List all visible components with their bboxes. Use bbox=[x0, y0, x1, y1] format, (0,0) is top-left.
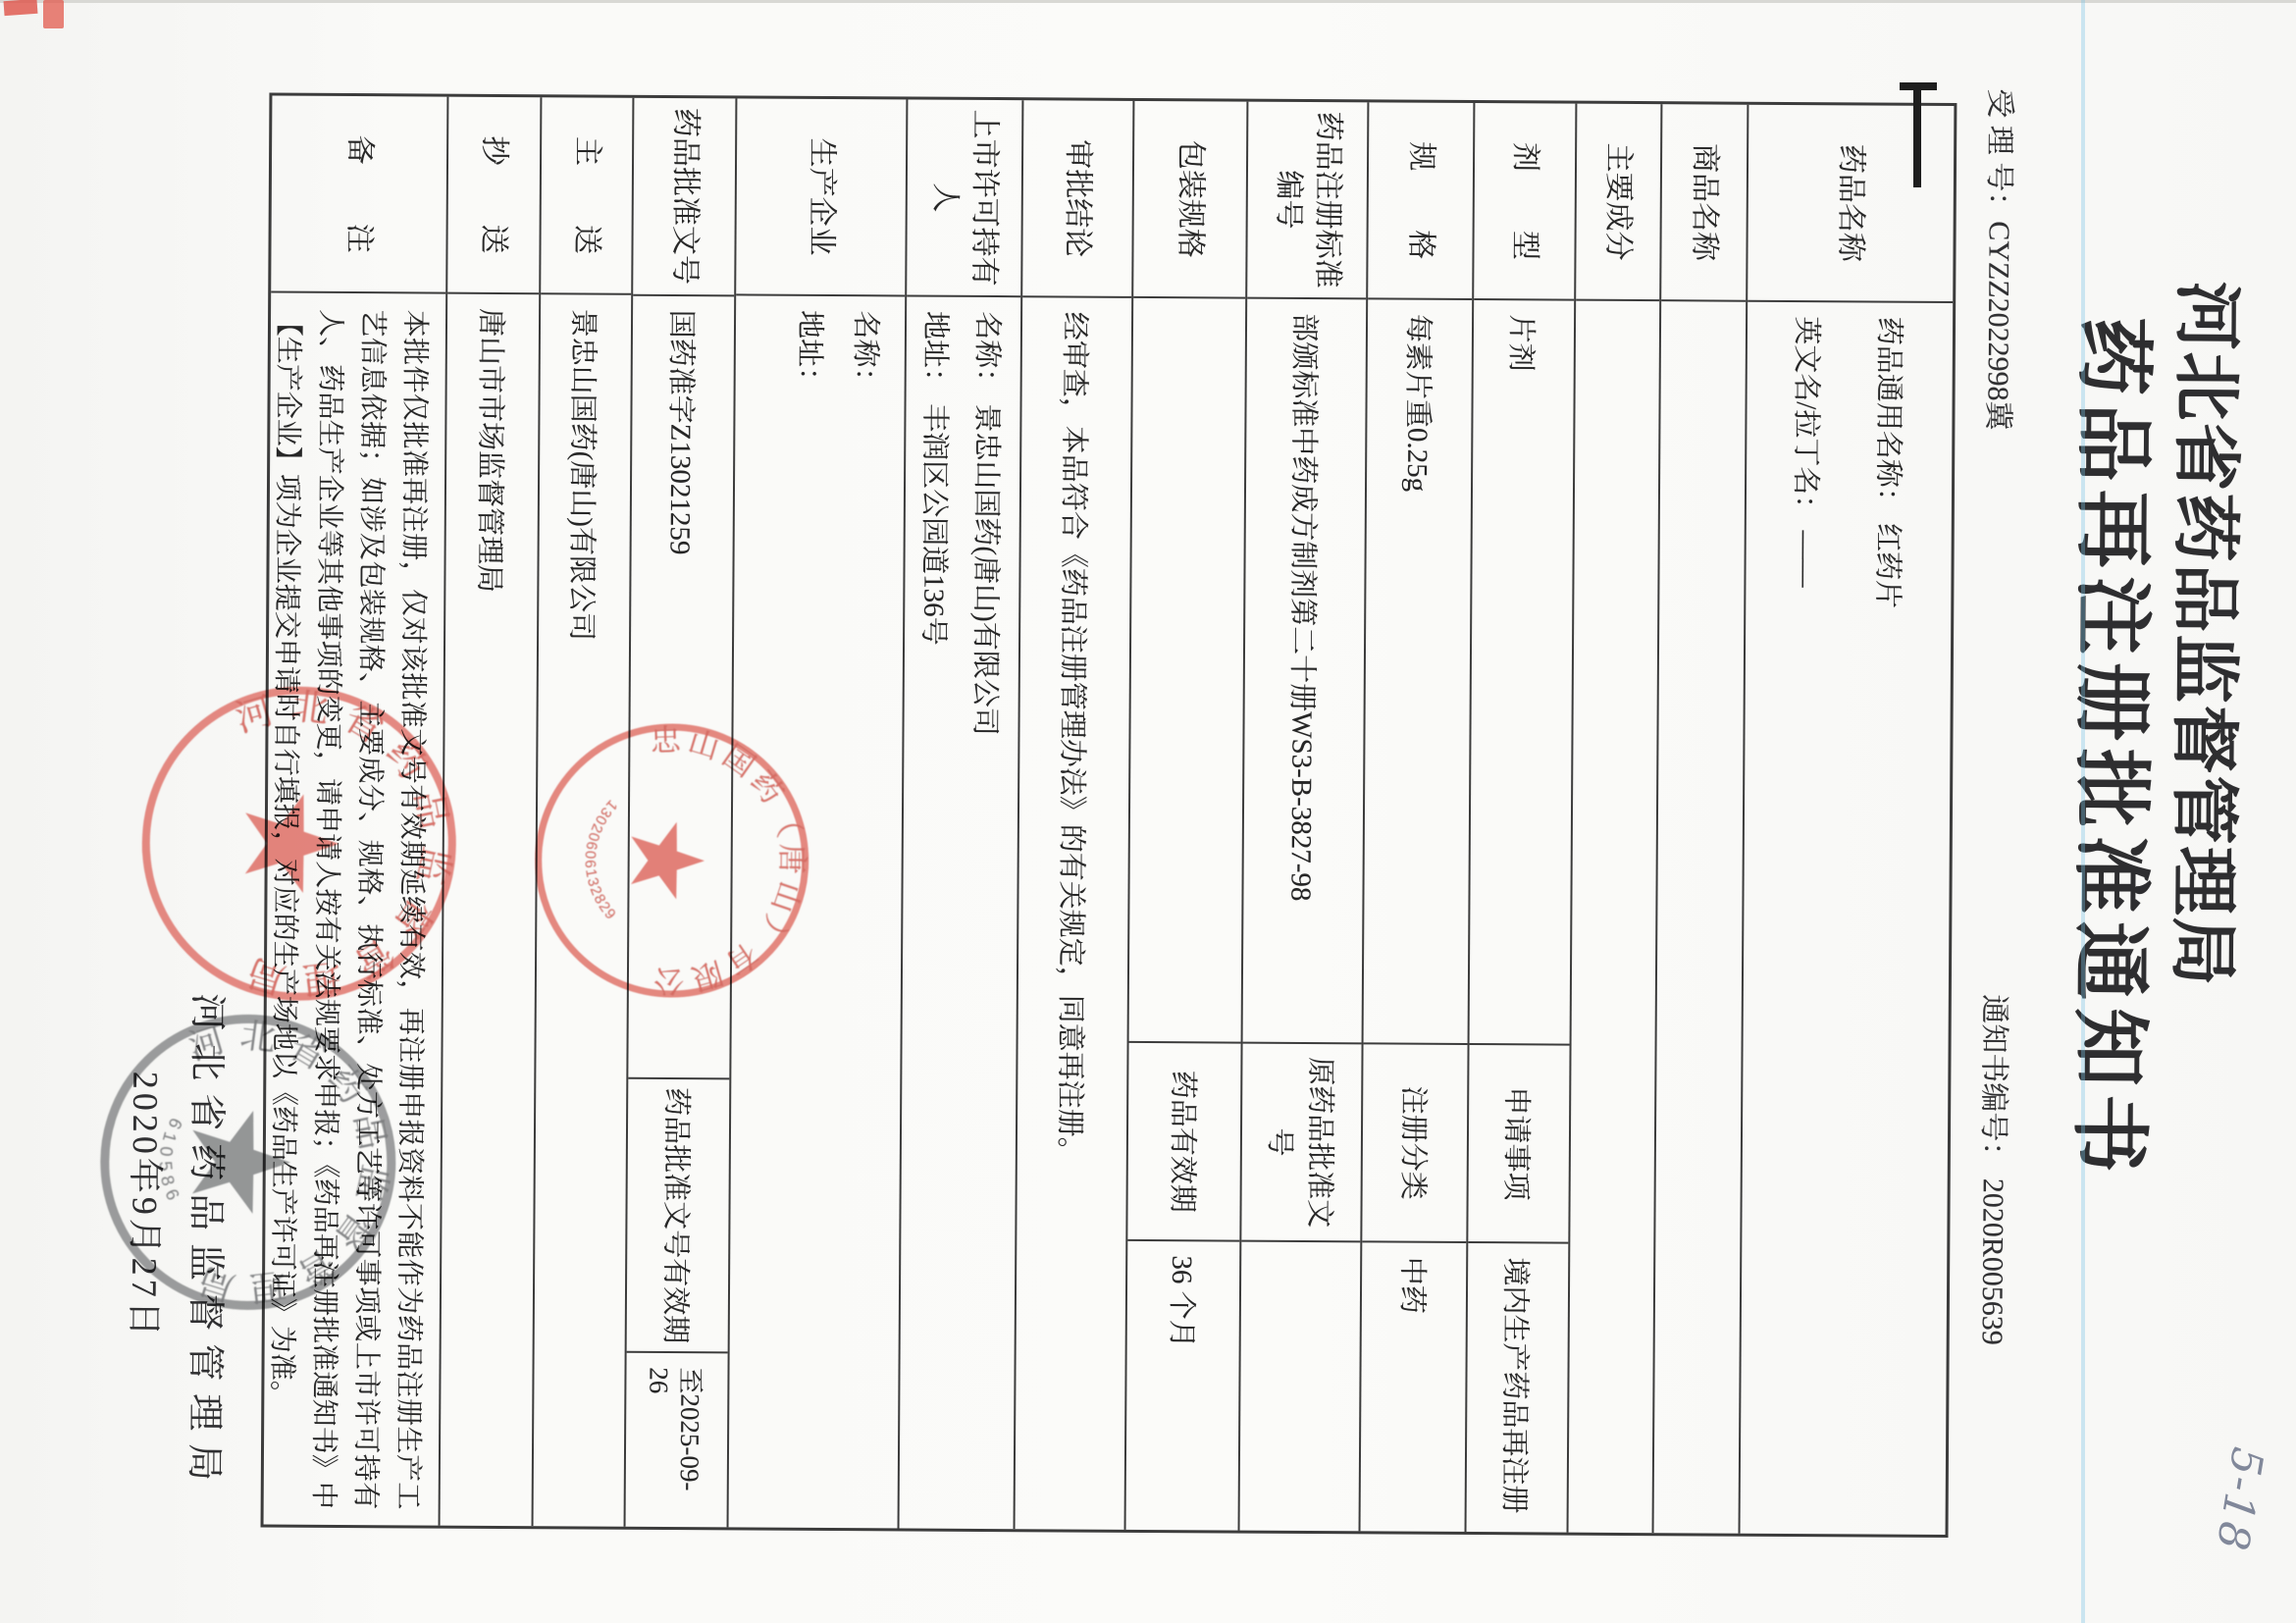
handwritten-page-note: 5-18 bbox=[2206, 1443, 2272, 1555]
notice-title: 药品再注册批准通知书 bbox=[2060, 292, 2178, 1206]
red-edge-mark-2 bbox=[43, 0, 64, 28]
cc-label: 抄 送 bbox=[447, 97, 540, 293]
dosage-form-value: 片剂 bbox=[1469, 298, 1573, 1043]
row-package-spec: 包装规格 药品有效期 36 个月 bbox=[1126, 101, 1248, 1531]
row-drug-name: 药品名称 药品通用名称： 红药片 英文名/拉丁名： —— bbox=[1740, 105, 1954, 1535]
standard-no-value: 部颁标准中药成方制剂第二十册WS3-B-3827-98 bbox=[1242, 297, 1366, 1043]
main-ingredients-label: 主要成分 bbox=[1576, 104, 1661, 300]
drug-english-name: 英文名/拉丁名： —— bbox=[1788, 316, 1830, 588]
original-approval-no-value bbox=[1239, 1240, 1360, 1532]
manufacturer-label: 生产企业 bbox=[736, 98, 907, 294]
main-ingredients-value bbox=[1568, 299, 1659, 1533]
authority-seal-text: 河北省药品监督管理局 bbox=[229, 685, 457, 1002]
row-dosage-form: 剂 型 片剂 申请事项 境内生产药品再注册 bbox=[1466, 103, 1576, 1533]
registration-class-value: 中药 bbox=[1361, 1241, 1466, 1532]
approval-no-label: 药品批准文号 bbox=[633, 98, 735, 294]
approval-table: 药品名称 药品通用名称： 红药片 英文名/拉丁名： —— 商品名称 主要成分 剂… bbox=[261, 93, 1957, 1538]
trade-name-value bbox=[1654, 299, 1746, 1533]
acceptance-number: 受 理 号：CYZZ2022998冀 bbox=[1979, 88, 2024, 431]
black-seal: 河北省药品监督管理局 610586 bbox=[90, 1004, 406, 1320]
drug-name-value: 药品通用名称： 红药片 英文名/拉丁名： —— bbox=[1740, 300, 1953, 1535]
black-corner-mark bbox=[1913, 82, 1921, 187]
row-approval-conclusion: 审批结论 经审查，本品符合《药品注册管理办法》的有关规定，同意再注册。 bbox=[1015, 100, 1134, 1530]
document: 河北省药品监督管理局 药品再注册批准通知书 受 理 号：CYZZ2022998冀… bbox=[0, 0, 2296, 1623]
authority-seal-star-icon bbox=[245, 794, 339, 893]
authority-red-seal: 河北省药品监督管理局 bbox=[131, 676, 467, 1012]
validity-period-label: 药品有效期 bbox=[1128, 1041, 1241, 1240]
package-spec-value bbox=[1129, 296, 1245, 1041]
company-seal-star-icon bbox=[631, 821, 704, 899]
dosage-form-label: 剂 型 bbox=[1474, 103, 1575, 299]
standard-no-label: 药品注册标准编号 bbox=[1247, 102, 1368, 298]
acceptance-number-value: CYZZ2022998冀 bbox=[1981, 221, 2014, 431]
mah-name: 名称： 景忠山国药(唐山)有限公司 bbox=[966, 311, 1010, 736]
notice-number-label: 通知书编号： bbox=[1977, 994, 2010, 1171]
specification-label: 规 格 bbox=[1369, 102, 1474, 298]
registration-class-label: 注册分类 bbox=[1363, 1042, 1468, 1241]
trade-name-label: 商品名称 bbox=[1661, 104, 1747, 300]
manufacturer-name: 名称： bbox=[848, 310, 889, 395]
notice-number: 通知书编号： 2020R005639 bbox=[1974, 994, 2019, 1345]
row-standard-no: 药品注册标准编号 部颁标准中药成方制剂第二十册WS3-B-3827-98 原药品… bbox=[1239, 102, 1369, 1532]
validity-period-value: 36 个月 bbox=[1126, 1239, 1239, 1531]
application-item-label: 申请事项 bbox=[1468, 1043, 1569, 1242]
approval-no-validity-value: 至2025-09-26 bbox=[626, 1351, 728, 1527]
approval-conclusion-label: 审批结论 bbox=[1022, 100, 1133, 296]
original-approval-no-label: 原药品批准文号 bbox=[1241, 1042, 1362, 1241]
row-specification: 规 格 每素片重0.25g 注册分类 中药 bbox=[1361, 102, 1475, 1532]
mah-label: 上市许可持有人 bbox=[907, 99, 1021, 295]
black-corner-mark-cap bbox=[1900, 82, 1937, 90]
manufacturer-address: 地址： bbox=[791, 310, 832, 395]
application-item-value: 境内生产药品再注册 bbox=[1466, 1241, 1567, 1532]
approval-conclusion-value: 经审查，本品符合《药品注册管理办法》的有关规定，同意再注册。 bbox=[1015, 295, 1131, 1529]
notice-number-value: 2020R005639 bbox=[1976, 1178, 2009, 1345]
row-mah: 上市许可持有人 名称： 景忠山国药(唐山)有限公司 地址： 丰润区公园道136号 bbox=[900, 99, 1023, 1529]
row-trade-name: 商品名称 bbox=[1654, 104, 1749, 1534]
approval-no-validity-label: 药品批准文号有效期 bbox=[627, 1077, 729, 1352]
acceptance-number-label: 受 理 号： bbox=[1983, 88, 2016, 221]
drug-generic-name: 药品通用名称： 红药片 bbox=[1869, 317, 1911, 609]
specification-value: 每素片重0.25g bbox=[1364, 298, 1472, 1043]
drug-name-label: 药品名称 bbox=[1748, 105, 1954, 301]
row-main-ingredients: 主要成分 bbox=[1568, 104, 1663, 1534]
scanner-streak bbox=[2081, 0, 2085, 1623]
red-edge-mark bbox=[4, 0, 38, 16]
black-seal-code: 610586 bbox=[155, 1115, 186, 1209]
main-recipient-label: 主 送 bbox=[541, 97, 633, 293]
company-red-seal: 景忠山国药（唐山）有限公司 13020606132829 bbox=[524, 712, 820, 1009]
package-spec-label: 包装规格 bbox=[1133, 101, 1246, 297]
mah-address: 地址： 丰润区公园道136号 bbox=[915, 311, 958, 646]
remarks-label: 备 注 bbox=[271, 96, 446, 292]
scanned-page: 河北省药品监督管理局 药品再注册批准通知书 受 理 号：CYZZ2022998冀… bbox=[0, 0, 2296, 1623]
mah-value: 名称： 景忠山国药(唐山)有限公司 地址： 丰润区公园道136号 bbox=[900, 295, 1020, 1529]
black-seal-star-icon bbox=[192, 1111, 290, 1214]
company-seal-code: 13020606132829 bbox=[581, 797, 620, 924]
